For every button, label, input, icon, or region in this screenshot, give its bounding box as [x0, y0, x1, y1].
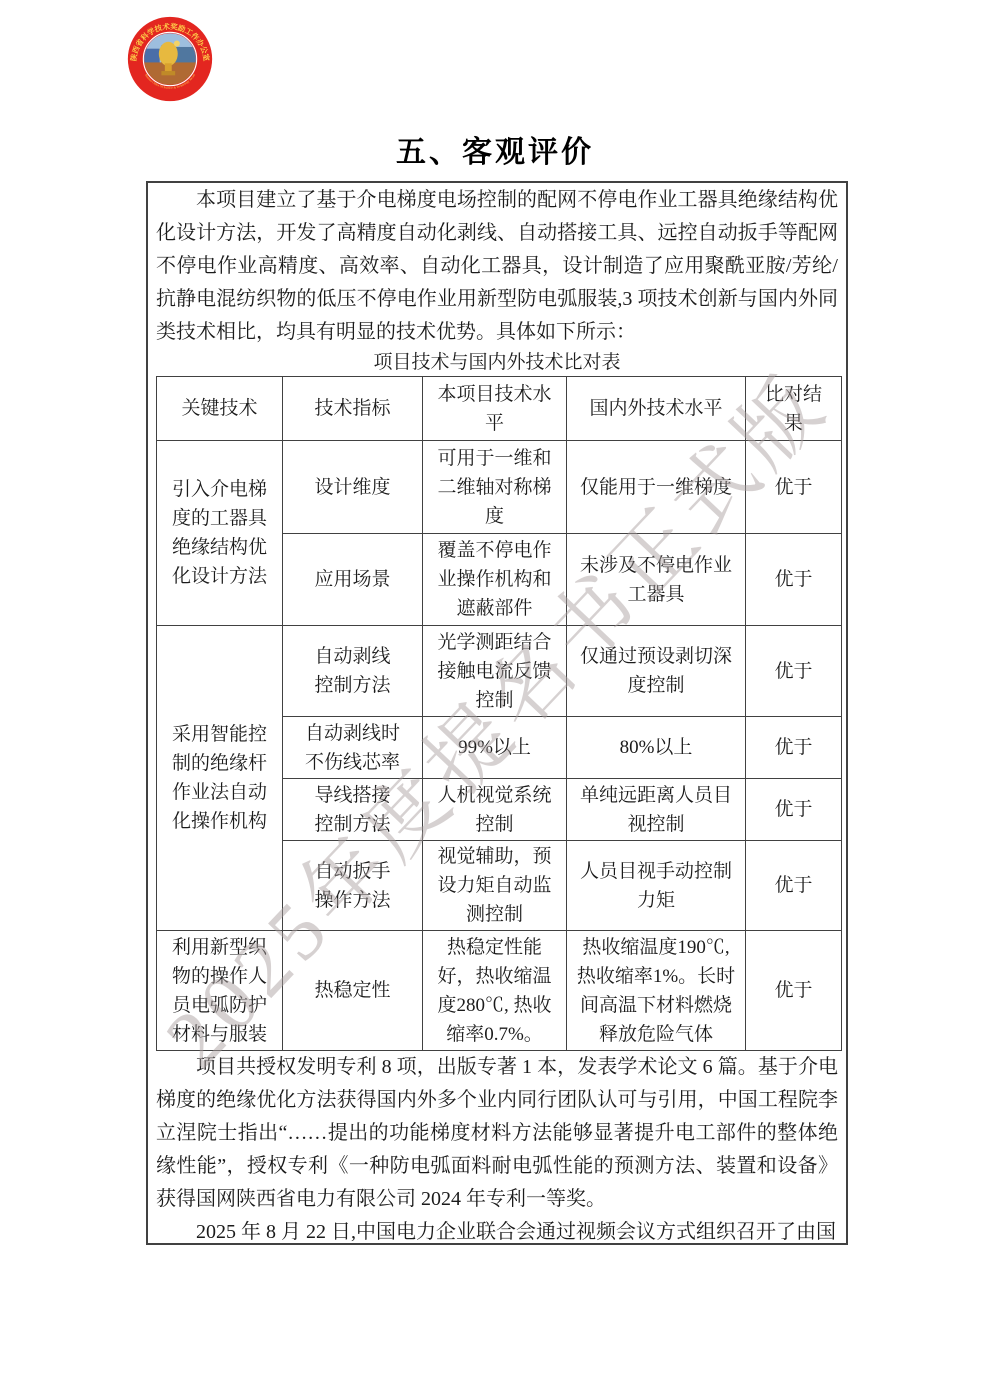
cell-others: 80%以上 — [567, 717, 746, 779]
header-compare-result: 比对结 果 — [746, 377, 842, 441]
achievements-paragraph: 项目共授权发明专利 8 项，出版专著 1 本，发表学术论文 6 篇。基于介电梯度… — [156, 1051, 838, 1216]
comparison-table: 关键技术 技术指标 本项目技术水 平 国内外技术水平 比对结 果 引入介电梯 度… — [156, 376, 842, 1051]
cell-others: 仅通过预设剥切深 度控制 — [567, 626, 746, 717]
cell-indicator: 自动剥线 控制方法 — [283, 626, 423, 717]
cell-project: 热稳定性能 好，热收缩温 度280℃, 热收 缩率0.7%。 — [423, 931, 567, 1051]
group-cell-arc-protection: 利用新型织 物的操作人 员电弧防护 材料与服装 — [157, 931, 283, 1051]
cell-indicator: 导线搭接 控制方法 — [283, 779, 423, 841]
cell-indicator: 热稳定性 — [283, 931, 423, 1051]
cell-project: 视觉辅助，预 设力矩自动监 测控制 — [423, 841, 567, 931]
cell-project: 99%以上 — [423, 717, 567, 779]
cell-result: 优于 — [746, 717, 842, 779]
header-domestic-level: 国内外技术水平 — [567, 377, 746, 441]
cell-indicator: 设计维度 — [283, 441, 423, 534]
cell-others: 仅能用于一维梯度 — [567, 441, 746, 534]
group-cell-smart-control: 采用智能控 制的绝缘杆 作业法自动 化操作机构 — [157, 626, 283, 931]
header-indicator: 技术指标 — [283, 377, 423, 441]
seal-graphic: 陕西省科学技术奖励工作办公室 Shaanxi Office Of Science… — [127, 16, 213, 102]
cell-result: 优于 — [746, 626, 842, 717]
table-row: 引入介电梯 度的工器具 绝缘结构优 化设计方法 设计维度 可用于一维和 二维轴对… — [157, 441, 842, 534]
cell-result: 优于 — [746, 931, 842, 1051]
cell-project: 覆盖不停电作 业操作机构和 遮蔽部件 — [423, 534, 567, 626]
cell-result: 优于 — [746, 779, 842, 841]
cell-others: 单纯远距离人员目 视控制 — [567, 779, 746, 841]
table-row: 利用新型织 物的操作人 员电弧防护 材料与服装 热稳定性 热稳定性能 好，热收缩… — [157, 931, 842, 1051]
cell-others: 未涉及不停电作业 工器具 — [567, 534, 746, 626]
cell-others: 人员目视手动控制 力矩 — [567, 841, 746, 931]
header-key-technology: 关键技术 — [157, 377, 283, 441]
cell-result: 优于 — [746, 441, 842, 534]
content-box: 本项目建立了基于介电梯度电场控制的配网不停电作业工器具绝缘结构优化设计方法，开发… — [146, 181, 848, 1245]
cell-result: 优于 — [746, 534, 842, 626]
table-header-row: 关键技术 技术指标 本项目技术水 平 国内外技术水平 比对结 果 — [157, 377, 842, 441]
cell-project: 光学测距结合 接触电流反馈 控制 — [423, 626, 567, 717]
group-cell-dielectric-gradient: 引入介电梯 度的工器具 绝缘结构优 化设计方法 — [157, 441, 283, 626]
table-caption: 项目技术与国内外技术比对表 — [156, 349, 838, 376]
award-office-seal: 陕西省科学技术奖励工作办公室 Shaanxi Office Of Science… — [127, 16, 213, 102]
cell-others: 热收缩温度190℃, 热收缩率1%。长时 间高温下材料燃烧 释放危险气体 — [567, 931, 746, 1051]
intro-paragraph: 本项目建立了基于介电梯度电场控制的配网不停电作业工器具绝缘结构优化设计方法，开发… — [156, 184, 838, 349]
header-project-level: 本项目技术水 平 — [423, 377, 567, 441]
cell-project: 可用于一维和 二维轴对称梯 度 — [423, 441, 567, 534]
cell-project: 人机视觉系统 控制 — [423, 779, 567, 841]
cell-result: 优于 — [746, 841, 842, 931]
section-title: 五、客观评价 — [0, 127, 990, 171]
cell-indicator: 自动剥线时 不伤线芯率 — [283, 717, 423, 779]
cell-indicator: 应用场景 — [283, 534, 423, 626]
table-row: 采用智能控 制的绝缘杆 作业法自动 化操作机构 自动剥线 控制方法 光学测距结合… — [157, 626, 842, 717]
final-paragraph: 2025 年 8 月 22 日,中国电力企业联合会通过视频会议方式组织召开了由国 — [156, 1216, 838, 1245]
document-page: 陕西省科学技术奖励工作办公室 Shaanxi Office Of Science… — [0, 0, 990, 1399]
cell-indicator: 自动扳手 操作方法 — [283, 841, 423, 931]
